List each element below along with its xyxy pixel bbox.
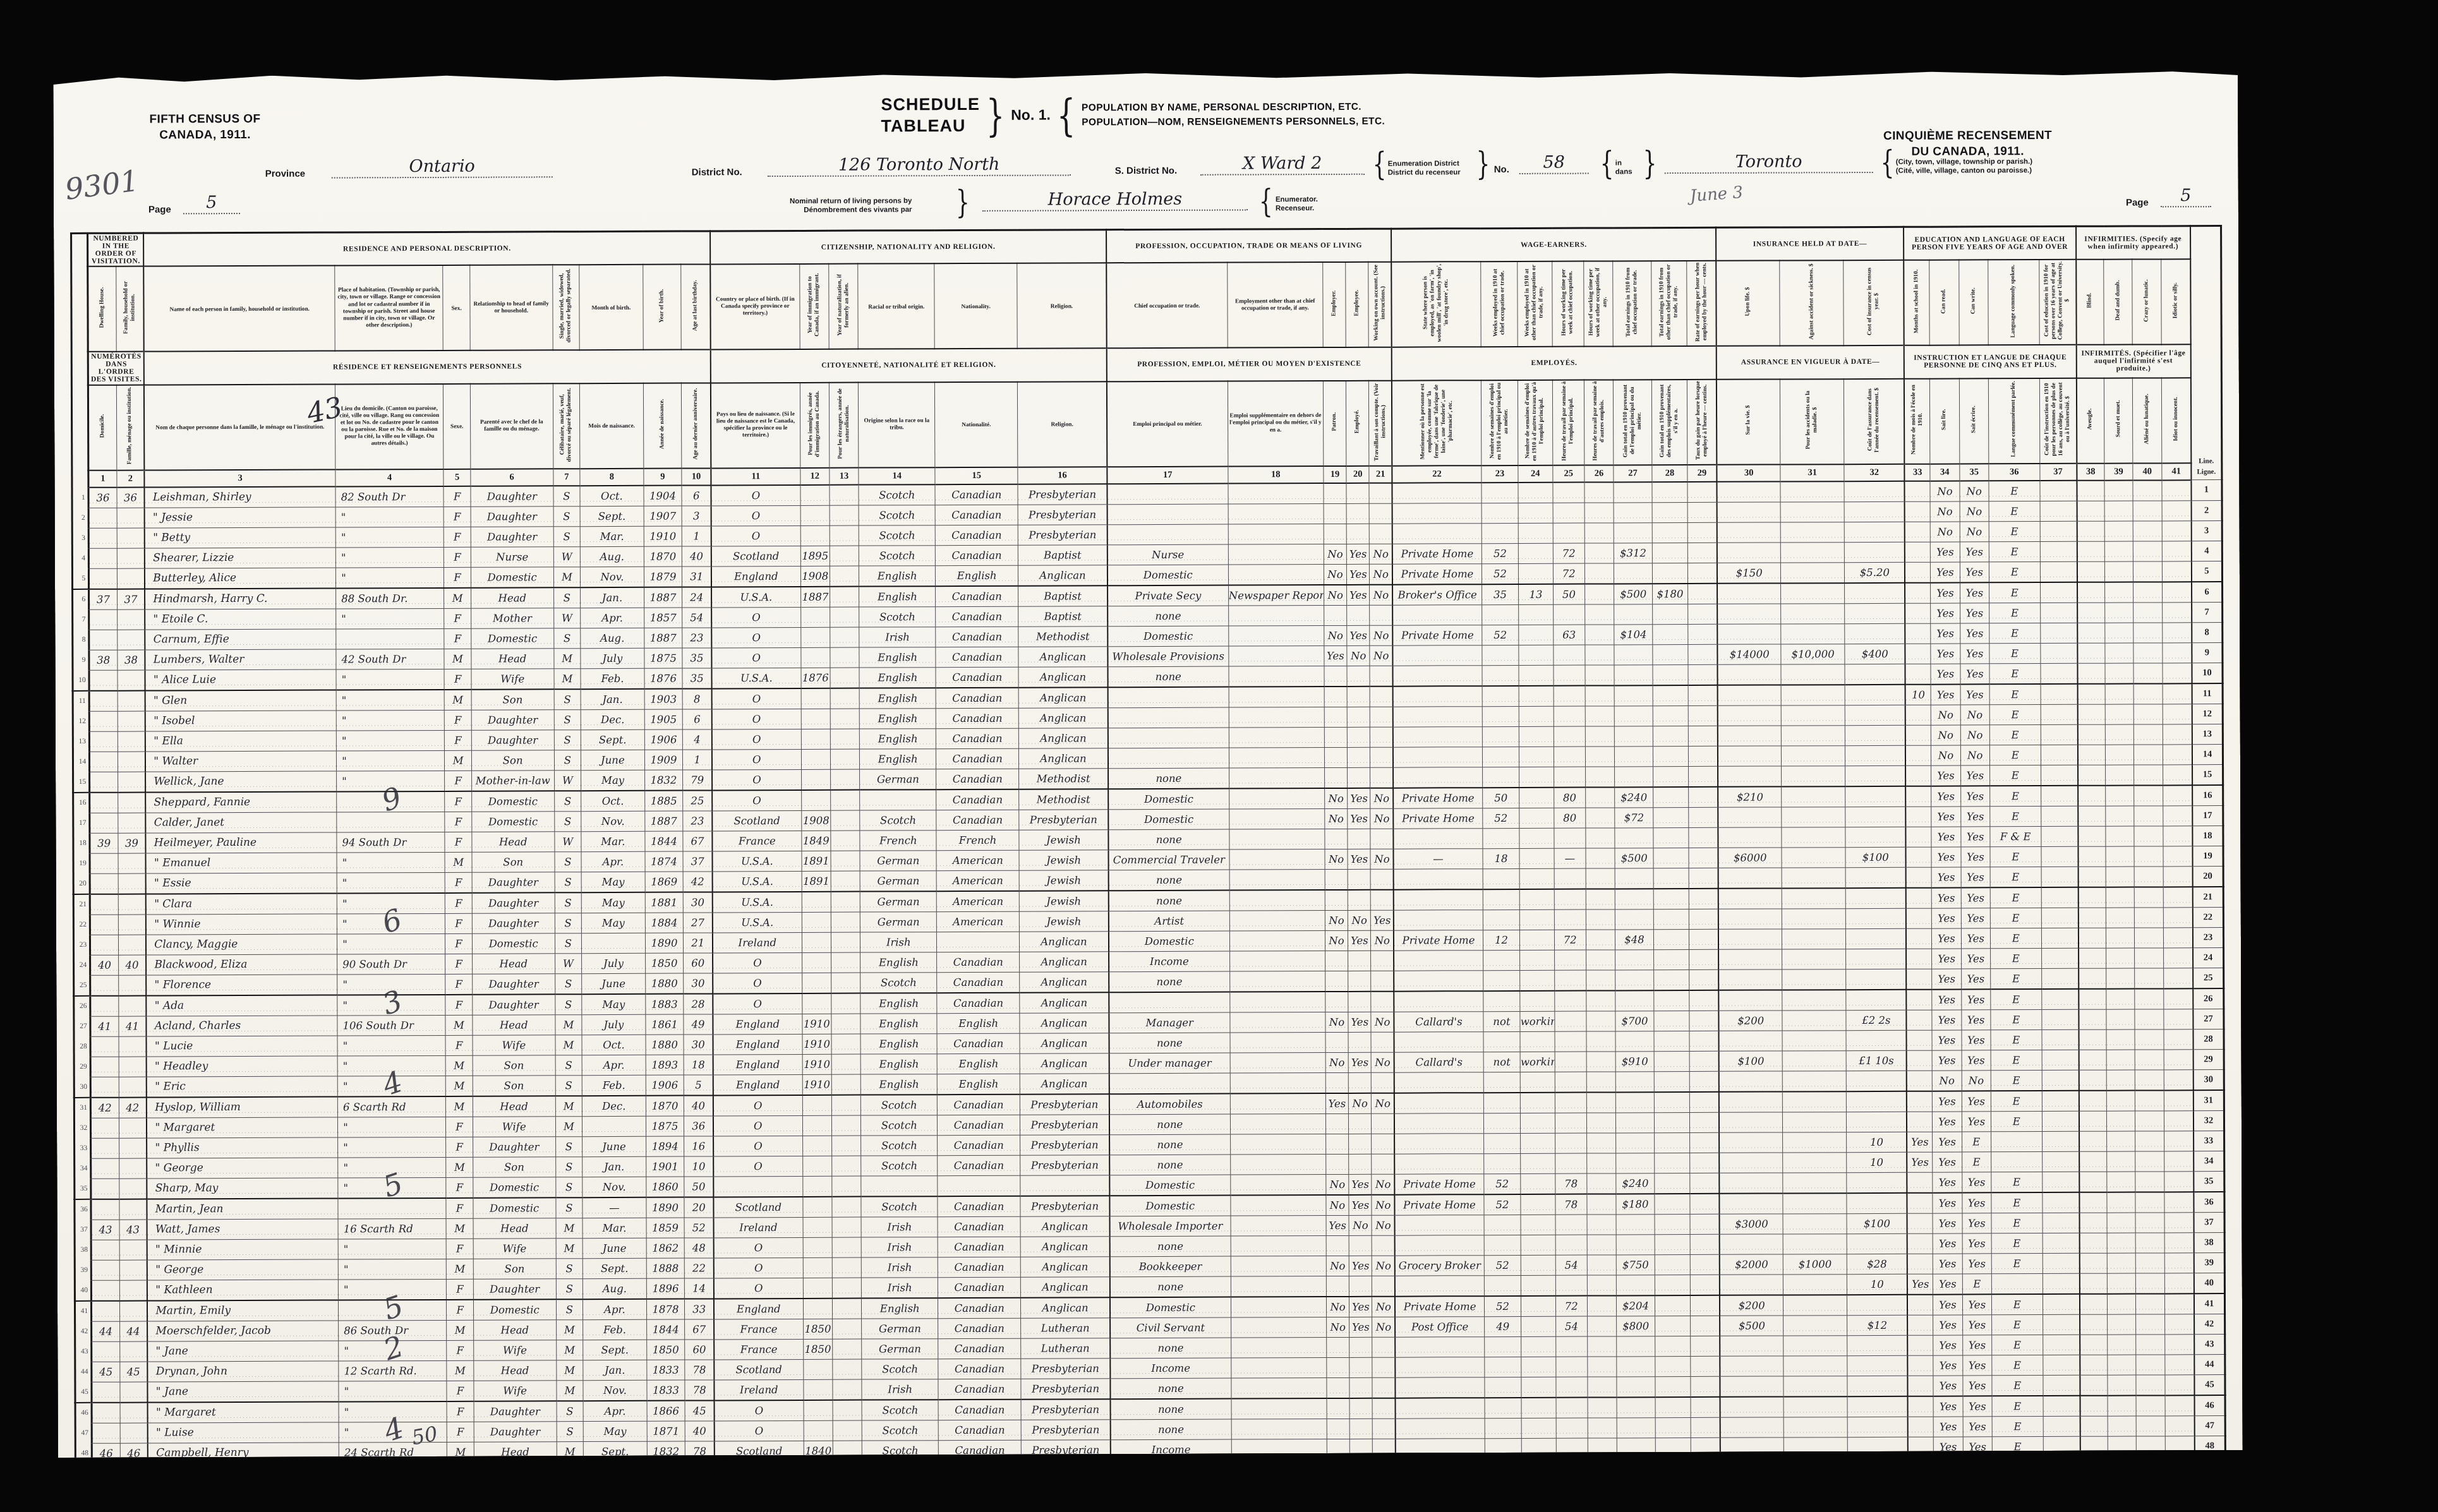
cell-ins_accident	[1783, 1233, 1847, 1254]
cell-origin: Scotch	[862, 1460, 939, 1480]
cell-hours_chief	[1554, 767, 1585, 788]
cell-idiotic	[2163, 602, 2192, 622]
cell-edu_cost	[2043, 1253, 2080, 1273]
cell-ins_cost: £1 10s	[1846, 1050, 1907, 1071]
col-label-text-31: Against accident or sickness. $	[1808, 263, 1815, 339]
col-number-24: 24	[1518, 465, 1553, 482]
cell-nationality	[938, 1175, 1020, 1196]
cell-name: " Winnie	[146, 913, 337, 934]
cell-origin: Scotch	[859, 545, 936, 565]
cell-employer	[1327, 1439, 1349, 1459]
cell-name: " George	[147, 1157, 338, 1178]
cell-employee	[1348, 971, 1371, 992]
cell-employer: No	[1326, 1174, 1349, 1195]
group-title-en: INSURANCE HELD AT DATE—	[1716, 227, 1904, 261]
cell-hours_other	[1585, 726, 1614, 746]
cell-hours_other	[1588, 1336, 1617, 1356]
cell-earn_chief: $800	[1617, 1316, 1655, 1336]
cell-can_read: Yes	[1933, 1254, 1962, 1274]
cell-hours_other	[1586, 909, 1615, 929]
cell-ins_accident	[1783, 1274, 1847, 1295]
cell-month: Apr.	[582, 1055, 646, 1075]
cell-ins_accident	[1781, 562, 1845, 583]
cell-place	[336, 628, 444, 649]
cell-earn_other	[1653, 746, 1689, 766]
cell-employer: No	[1325, 849, 1348, 869]
group-title-fr: PROFESSION, EMPLOI, MÉTIER OU MOYEN D'EX…	[1107, 347, 1392, 381]
cell-birthplace: England	[711, 566, 800, 587]
cell-idiotic	[2163, 582, 2192, 603]
cell-relation: Mother	[471, 608, 553, 628]
cell-ins_accident	[1782, 847, 1845, 867]
cell-where_emp	[1396, 1398, 1485, 1419]
cell-school_months	[1908, 1437, 1933, 1457]
cell-birthplace: U.S.A.	[713, 891, 802, 912]
cell-religion	[1020, 1175, 1109, 1196]
cell-can_write: Yes	[1962, 1172, 1991, 1192]
cell-weeks_other	[1521, 1438, 1556, 1458]
cell-blind	[2077, 745, 2105, 765]
cell-hours_chief	[1554, 990, 1586, 1011]
cell-ins_cost	[1847, 1335, 1908, 1355]
cell-relation: Domestic	[473, 1299, 556, 1320]
cell-nat_year	[831, 769, 860, 790]
cell-ins_cost	[1846, 949, 1907, 969]
cell-crazy	[2133, 642, 2163, 663]
cell-idiotic	[2164, 1131, 2194, 1151]
cell-can_read: Yes	[1934, 1477, 1963, 1498]
cell-hours_chief: 72	[1553, 543, 1584, 563]
cell-hours_other	[1588, 1376, 1617, 1397]
cell-dwelling	[92, 1463, 120, 1484]
cell-family	[119, 1260, 147, 1280]
cell-earn_chief	[1617, 1458, 1656, 1478]
col-label-text-19: Employer.	[1331, 291, 1337, 316]
cell-marital: S	[556, 1258, 582, 1278]
cell-nat_year	[830, 627, 859, 647]
cell-imm_year	[803, 1298, 832, 1319]
cell-earn_other	[1654, 1051, 1690, 1071]
cell-idiotic	[2163, 846, 2192, 866]
cell-where_emp	[1394, 1093, 1483, 1113]
cell-own_account	[1372, 1377, 1395, 1398]
margin-line-number: 40	[75, 1280, 91, 1301]
cell-ins_life	[1718, 725, 1782, 745]
cell-employer: No	[1325, 1052, 1348, 1072]
cell-blind	[2077, 480, 2104, 501]
cell-relation: Head	[474, 1441, 557, 1461]
cell-ins_accident	[1784, 1417, 1848, 1437]
cell-own_account	[1371, 889, 1394, 910]
cell-ins_accident	[1782, 765, 1845, 786]
cell-religion: Presbyterian	[1018, 484, 1107, 505]
cell-employer: No	[1325, 910, 1348, 930]
col-label-fr-17: Emploi principal ou métier.	[1107, 381, 1228, 467]
cell-weeks_other	[1519, 767, 1554, 788]
cell-occupation: none	[1109, 1114, 1231, 1135]
cell-crazy	[2134, 846, 2163, 866]
cell-religion: Anglican	[1020, 971, 1109, 992]
cell-deaf_dumb	[2106, 887, 2134, 908]
cell-idiotic	[2165, 1374, 2194, 1395]
cell-nat_year	[830, 566, 859, 587]
col-label-text-24: Weeks employed in 1910 at other than chi…	[1524, 263, 1545, 342]
cell-sex: F	[445, 812, 471, 832]
cell-weeks_chief: 52	[1482, 563, 1519, 584]
cell-marital: M	[555, 1096, 582, 1117]
cell-earn_chief	[1615, 1031, 1654, 1051]
cell-family: 45	[119, 1362, 147, 1382]
cell-origin: Scotch	[862, 1420, 938, 1440]
cell-religion: Methodist	[1018, 626, 1107, 646]
col-label-en-20: Employee.	[1346, 262, 1369, 347]
cell-relation: Daughter	[471, 506, 553, 526]
cell-family	[119, 1118, 147, 1138]
cell-idiotic	[2162, 541, 2191, 561]
table-header: NUMBERED IN THE ORDER OF VISITATION.RESI…	[71, 226, 2222, 488]
cell-language: E	[1989, 561, 2040, 582]
cell-name: Shearer, Lizzie	[145, 547, 335, 568]
cell-relation: Wife	[473, 1238, 556, 1258]
cell-origin: German	[860, 769, 936, 789]
schedule-subject-en: POPULATION BY NAME, PERSONAL DESCRIPTION…	[1082, 99, 1385, 115]
cell-family: 38	[117, 650, 145, 670]
in-label-en: in	[1615, 159, 1622, 167]
cell-nat_year	[832, 1278, 861, 1299]
cell-employee	[1348, 869, 1370, 890]
cell-employer: No	[1326, 1317, 1349, 1337]
cell-place: "	[338, 1239, 446, 1259]
cell-school_months	[1905, 725, 1931, 745]
line-number: 41	[2194, 1293, 2225, 1314]
cell-ins_life: $210	[1718, 786, 1782, 807]
cell-crazy	[2133, 805, 2163, 825]
cell-employer: Yes	[1326, 1215, 1349, 1235]
col-label-fr-11: Pays ou lieu de naissance. (Si le lieu d…	[711, 382, 800, 467]
cell-weeks_other	[1518, 503, 1553, 523]
margin-line-number: 7	[73, 609, 89, 630]
cell-occupation: none	[1111, 1460, 1232, 1480]
cell-hours_chief: 54	[1555, 1255, 1587, 1275]
cell-deaf_dumb	[2107, 1151, 2135, 1172]
cell-origin: English	[860, 952, 937, 972]
nominal-label-fr: Dénombrement des vivants par	[804, 207, 912, 215]
cell-ins_life	[1719, 1172, 1783, 1193]
cell-deaf_dumb	[2106, 867, 2133, 887]
cell-other_emp	[1230, 1072, 1325, 1093]
cell-rate_hour	[1688, 644, 1718, 664]
cell-deaf_dumb	[2105, 582, 2133, 603]
cell-idiotic	[2164, 1049, 2193, 1069]
cell-dwelling	[92, 1382, 119, 1403]
cell-can_read: Yes	[1931, 603, 1960, 623]
cell-marital: S	[554, 709, 581, 729]
cell-family: 39	[118, 833, 145, 853]
cell-birthplace: Ireland	[713, 932, 802, 952]
cell-family	[117, 548, 145, 568]
cell-birthplace: O	[712, 749, 801, 769]
cell-crazy	[2133, 582, 2162, 603]
col-number-28: 28	[1652, 465, 1688, 482]
cell-birthplace: O	[711, 647, 800, 668]
cell-sex: M	[447, 1360, 473, 1381]
cell-religion: Presbyterian	[1020, 1114, 1109, 1134]
cell-birthplace: O	[713, 1156, 802, 1176]
cell-earn_chief	[1614, 685, 1653, 706]
cell-own_account	[1372, 1398, 1395, 1419]
cell-dwelling	[89, 670, 117, 691]
margin-line-number: 34	[75, 1158, 91, 1179]
cell-rate_hour	[1688, 705, 1718, 726]
cell-ins_accident	[1782, 949, 1846, 969]
cell-year: 1880	[646, 1035, 684, 1055]
col-label-fr-10: Age au dernier anniversaire.	[682, 383, 711, 468]
cell-imm_year: 1910	[802, 1014, 831, 1034]
cell-weeks_chief	[1482, 685, 1519, 706]
cell-name: Drynan, John	[148, 1360, 339, 1381]
cell-relation: Wife	[471, 668, 554, 689]
cell-ins_cost	[1845, 807, 1906, 827]
cell-ins_life: $200	[1720, 1295, 1783, 1316]
cell-year: 1903	[644, 688, 683, 709]
margin-line-number: 29	[74, 1057, 90, 1077]
cell-birthplace: Scotland	[714, 1359, 803, 1379]
cell-nationality: Canadian	[936, 585, 1018, 606]
cell-nationality: Canadian	[938, 1318, 1021, 1338]
cell-deaf_dumb	[2108, 1253, 2135, 1273]
cell-marital: S	[557, 1421, 583, 1441]
cell-employee	[1348, 829, 1370, 849]
cell-origin: Scotch	[862, 1440, 939, 1460]
cell-religion: Presbyterian	[1020, 1134, 1109, 1155]
cell-edu_cost	[2041, 683, 2078, 704]
province-label: Province	[265, 169, 305, 179]
margin-line-number: 18	[73, 833, 90, 853]
cell-nat_year	[830, 607, 859, 627]
col-label-text-10: Age at last birthday.	[692, 280, 699, 331]
cell-earn_chief: $700	[1615, 1011, 1654, 1031]
line-number: 2	[2191, 500, 2222, 520]
cell-edu_cost	[2041, 928, 2079, 948]
cell-dwelling: 43	[91, 1220, 119, 1240]
col-label-en-24: Weeks employed in 1910 at other than chi…	[1518, 261, 1552, 347]
col-label-text-38: Blind.	[2087, 293, 2094, 308]
cell-weeks_chief	[1482, 645, 1519, 665]
cell-weeks_chief: 50	[1482, 787, 1519, 808]
cell-crazy	[2133, 561, 2162, 582]
cell-nat_year	[831, 1115, 860, 1136]
cell-ins_accident	[1782, 725, 1845, 745]
cell-deaf_dumb	[2105, 603, 2133, 623]
cell-where_emp	[1392, 523, 1482, 543]
cell-hours_chief: 78	[1555, 1173, 1586, 1194]
cell-marital: M	[556, 1238, 582, 1258]
cell-edu_cost	[2041, 908, 2079, 928]
cell-employer: No	[1325, 808, 1348, 829]
col-label-text-30: Upon life. $	[1745, 287, 1752, 316]
cell-rate_hour	[1690, 1214, 1720, 1234]
cell-month: —	[582, 1197, 646, 1218]
cell-marital: S	[554, 689, 581, 710]
cell-weeks_other	[1519, 868, 1554, 889]
cell-crazy	[2135, 1334, 2164, 1354]
cell-employer	[1325, 869, 1348, 890]
cell-language: E	[1990, 867, 2041, 887]
cell-origin: English	[859, 586, 936, 607]
cell-can_write: Yes	[1961, 948, 1990, 968]
cell-family	[117, 670, 145, 691]
cell-deaf_dumb	[2106, 948, 2134, 968]
cell-occupation: Commercial Traveler	[1108, 849, 1229, 870]
cell-ins_accident	[1783, 1172, 1847, 1193]
cell-language: E	[1989, 684, 2041, 705]
cell-imm_year: 1910	[804, 1481, 833, 1502]
cell-name: Butterley, Alice	[145, 567, 335, 589]
cell-can_read: No	[1931, 705, 1960, 725]
cell-religion: Jewish	[1019, 870, 1108, 891]
col-label-text-28: Total earnings in 1910 from other than c…	[1658, 262, 1679, 342]
col-label-text-39: Sourd et muet.	[2115, 400, 2122, 438]
cell-edu_cost	[2041, 704, 2078, 724]
cell-employee	[1349, 1134, 1372, 1154]
col-label-en-25: Hours of working time per week at chief …	[1552, 261, 1584, 347]
cell-imm_year	[802, 1115, 831, 1136]
cell-earn_chief	[1616, 1132, 1655, 1153]
cell-ins_cost	[1847, 1376, 1908, 1396]
cell-weeks_other	[1519, 543, 1554, 563]
cell-birthplace: U.S.A.	[711, 586, 800, 607]
cell-can_read: Yes	[1931, 765, 1960, 786]
cell-month: Jan.	[582, 1156, 646, 1177]
cell-origin: Scotch	[861, 1115, 938, 1135]
cell-family	[118, 813, 145, 833]
cell-crazy	[2136, 1415, 2165, 1436]
cell-own_account: No	[1370, 544, 1392, 564]
cell-deaf_dumb	[2106, 908, 2134, 928]
cell-ins_cost	[1847, 1091, 1907, 1112]
cell-earn_chief: $240	[1615, 787, 1653, 808]
cell-hours_chief	[1554, 970, 1586, 991]
cell-can_write: Yes	[1962, 1111, 1991, 1131]
cell-imm_year	[802, 1095, 831, 1115]
cell-name: Watt, James	[147, 1218, 338, 1239]
cell-hours_chief	[1555, 1031, 1586, 1052]
cell-earn_chief: $500	[1614, 584, 1653, 604]
col-label-text-1: Dwelling House.	[99, 287, 106, 328]
cell-relation: Wife	[473, 1035, 555, 1055]
cell-school_months	[1906, 949, 1931, 969]
cell-edu_cost	[2043, 1314, 2080, 1335]
cell-blind	[2077, 561, 2104, 582]
cell-ins_cost: $5.20	[1845, 562, 1905, 583]
line-number: 31	[2194, 1090, 2224, 1111]
cell-other_emp	[1231, 1357, 1327, 1378]
cell-imm_year: 1850	[803, 1319, 832, 1339]
cell-marital: S	[555, 1055, 582, 1075]
cell-can_write: No	[1960, 704, 1989, 724]
cell-where_emp: Private Home	[1395, 1173, 1484, 1194]
cell-own_account: No	[1372, 1256, 1395, 1276]
cell-imm_year: 1908	[800, 566, 830, 587]
cell-can_read: Yes	[1933, 1213, 1962, 1233]
cell-family	[118, 853, 146, 873]
col-label-fr-35: Sait écrire.	[1959, 378, 1989, 464]
cell-weeks_other	[1521, 1295, 1556, 1316]
col-label-en-32: Cost of insurance in census year. $	[1844, 260, 1904, 345]
cell-weeks_chief: 12	[1483, 930, 1520, 950]
cell-can_read: No	[1931, 725, 1960, 745]
group-title-fr: RÉSIDENCE ET RENSEIGNEMENTS PERSONNELS	[144, 350, 711, 385]
cell-sex: M	[446, 1218, 473, 1239]
cell-origin: Irish	[862, 1379, 938, 1400]
margin-line-number: 26	[74, 995, 90, 1016]
cell-employee	[1346, 524, 1369, 544]
cell-nat_year	[833, 1441, 862, 1461]
cell-ins_life	[1720, 1417, 1784, 1437]
cell-earn_chief: $240	[1616, 1173, 1655, 1194]
col-label-text-36: Language commonly spoken.	[2010, 265, 2017, 337]
cell-religion: Anglican	[1019, 748, 1108, 768]
cell-age: 23	[683, 810, 712, 831]
cell-earn_other	[1654, 990, 1690, 1011]
cell-imm_year	[802, 932, 831, 952]
enumerator-label-en: Enumerator.	[1276, 196, 1318, 203]
group-title-fr: INFIRMITÉS. (Spécifier l'âge auquel l'in…	[2076, 344, 2191, 378]
cell-sex: M	[445, 1015, 472, 1035]
col-label-text-31: Pour les accidents ou la maladie. $	[1805, 380, 1819, 460]
cell-deaf_dumb	[2106, 765, 2133, 786]
cell-idiotic	[2164, 1273, 2194, 1293]
cell-imm_year	[801, 789, 830, 810]
cell-age: 40	[685, 1420, 714, 1441]
cell-idiotic	[2162, 480, 2191, 501]
cell-nat_year	[831, 932, 860, 952]
cell-occupation: Domestic	[1109, 931, 1230, 952]
cell-deaf_dumb	[2106, 785, 2133, 806]
cell-employee	[1346, 503, 1369, 524]
cell-crazy	[2134, 887, 2163, 908]
cell-can_read: Yes	[1934, 1457, 1963, 1477]
cell-employee: No	[1348, 910, 1370, 930]
col-label-fr-21: Travaillant à son compte. (Voir instruct…	[1369, 380, 1392, 465]
cell-religion: Baptist	[1018, 544, 1107, 565]
nominal-return-label: Nominal return of living persons by Déno…	[790, 196, 912, 215]
cell-weeks_chief	[1485, 1397, 1522, 1418]
cell-hours_other	[1588, 1478, 1617, 1499]
cell-marital: M	[553, 567, 580, 587]
cell-imm_year: 1840	[804, 1461, 833, 1481]
cell-imm_year	[803, 1217, 832, 1237]
cell-weeks_chief	[1485, 1357, 1522, 1377]
group-title-en: PROFESSION, OCCUPATION, TRADE OR MEANS O…	[1106, 229, 1392, 263]
cell-blind	[2079, 1009, 2106, 1029]
cell-family: 43	[119, 1220, 147, 1240]
cell-marital: S	[553, 628, 580, 648]
cell-marital: S	[554, 750, 581, 770]
col-label-en-17: Chief occupation or trade.	[1106, 263, 1228, 349]
cell-earn_chief	[1615, 868, 1653, 889]
cell-where_emp: Grocery Broker	[1395, 1255, 1484, 1275]
cell-family	[118, 873, 146, 894]
cell-can_read: Yes	[1933, 1437, 1962, 1457]
col-number-1: 1	[88, 470, 116, 487]
cell-ins_accident	[1780, 481, 1844, 502]
cell-deaf_dumb	[2106, 745, 2133, 765]
cell-blind	[2078, 826, 2106, 846]
cell-hours_other	[1587, 1234, 1616, 1254]
cell-ins_cost	[1847, 1355, 1908, 1376]
cell-blind	[2078, 887, 2106, 908]
